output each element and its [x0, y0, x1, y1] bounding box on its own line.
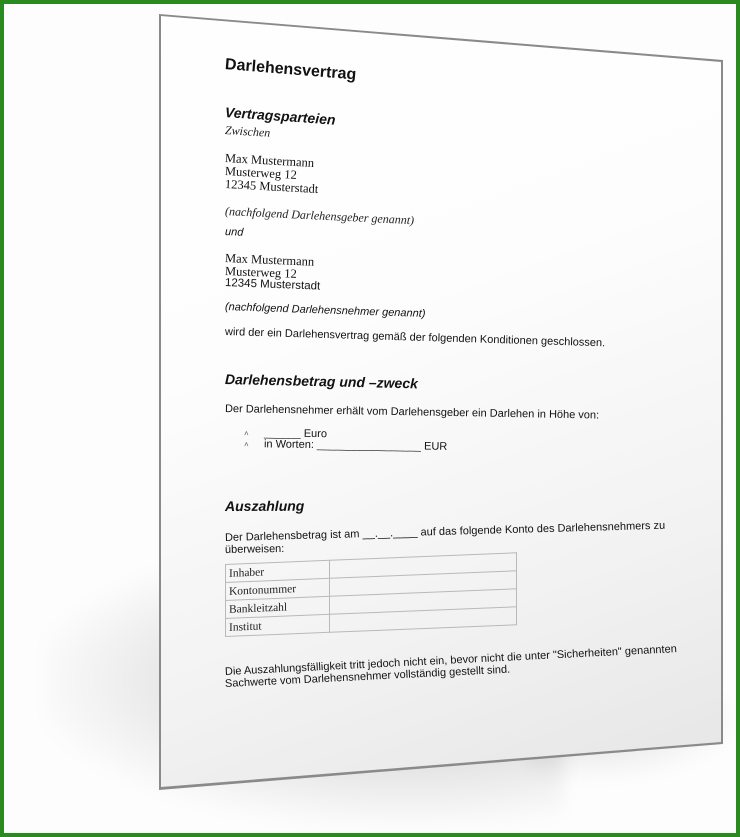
arrowhead-bullet-icon: ˄: [244, 440, 254, 449]
between-label: Zwischen: [225, 123, 271, 141]
section-heading-amount: Darlehensbetrag und –zweck: [225, 371, 418, 391]
borrower-city: 12345 Musterstadt: [225, 277, 321, 293]
lender-city: 12345 Musterstadt: [225, 177, 319, 197]
section-heading-payout: Auszahlung: [225, 498, 304, 514]
amount-intro: Der Darlehensnehmer erhält vom Darlehens…: [225, 403, 599, 422]
arrowhead-bullet-icon: ˄: [244, 429, 254, 438]
payout-text-line1: Der Darlehensbetrag ist am __.__.____ au…: [225, 520, 665, 544]
lender-role-note: (nachfolgend Darlehensgeber genannt): [225, 204, 415, 228]
payout-text-line2: überweisen:: [225, 543, 285, 556]
table-row-label: Institut: [226, 614, 330, 636]
borrower-role-note: (nachfolgend Darlehensnehmer genannt): [225, 301, 426, 320]
amount-bullet-words: ˄in Worten: _________________ EUR: [244, 438, 447, 453]
bank-account-table: InhaberKontonummerBankleitzahlInstitut: [225, 552, 517, 637]
and-label: und: [225, 226, 244, 239]
amount-words-field: in Worten: _________________ EUR: [264, 438, 447, 453]
green-frame: Darlehensvertrag Vertragsparteien Zwisch…: [0, 0, 740, 837]
parties-closing-text: wird der ein Darlehensvertrag gemäß der …: [225, 326, 606, 349]
document-title: Darlehensvertrag: [224, 56, 357, 84]
